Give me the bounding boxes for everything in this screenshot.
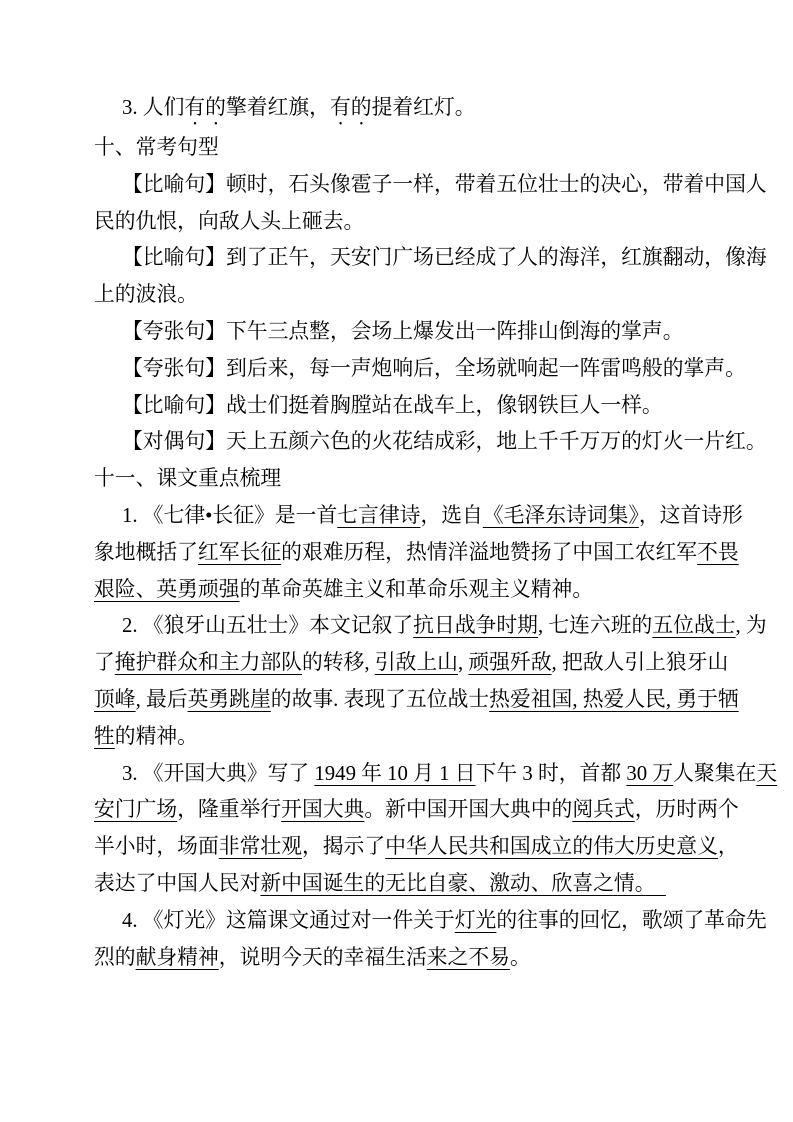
text-line: 3. 《开国大典》写了 1949 年 10 月 1 日下午 3 时，首都 30 …	[94, 756, 753, 793]
underlined-text: 红军长征	[198, 541, 281, 564]
text-line: 2. 《狼牙山五壮士》本文记叙了抗日战争时期, 七连六班的五位战士, 为	[94, 608, 753, 645]
text-run: 3. 人们	[122, 96, 184, 119]
sentence-example-antithesis: 【对偶句】天上五颜六色的火花结成彩，地上千千万万的灯火一片红。	[94, 424, 753, 461]
text-run: 【比喻句】到了正午，天安门广场已经成了人的海洋，红旗翻动，像海	[122, 246, 767, 269]
text-line: 半小时，场面非常壮观，揭示了中华人民共和国成立的伟大历史意义，	[94, 829, 753, 866]
text-run: ，这首诗形	[639, 504, 743, 527]
sentence-example-hyperbole-1: 【夸张句】下午三点整，会场上爆发出一阵排山倒海的掌声。	[94, 314, 753, 351]
underlined-text: 五位战士	[652, 614, 735, 637]
text-run: 民的仇恨，向敌人头上砸去。	[94, 210, 364, 233]
text-line: 顶峰, 最后英勇跳崖的故事. 表现了五位战士热爱祖国, 热爱人民, 勇于牺	[94, 682, 753, 719]
text-run: 【对偶句】天上五颜六色的火花结成彩，地上千千万万的灯火一片红。	[122, 430, 767, 453]
text-line: 【比喻句】战士们挺着胸膛站在战车上，像钢铁巨人一样。	[94, 388, 753, 425]
text-run: 【比喻句】顿时，石头像雹子一样，带着五位壮士的决心，带着中国人	[122, 173, 767, 196]
lesson-summary-2-langyashan: 2. 《狼牙山五壮士》本文记叙了抗日战争时期, 七连六班的五位战士, 为了掩护群…	[94, 608, 753, 755]
emphasis-dot-text: 有的	[330, 96, 372, 119]
text-run: ，揭示了	[302, 835, 385, 858]
text-line: 上的波浪。	[94, 277, 753, 314]
text-run: 表达了中国人民对	[94, 872, 260, 895]
text-run: 2. 《狼牙山五壮士》本文记叙了	[122, 614, 413, 637]
lesson-summary-3-kaiguo-dadian: 3. 《开国大典》写了 1949 年 10 月 1 日下午 3 时，首都 30 …	[94, 756, 753, 903]
text-run: 提着红灯。	[372, 96, 476, 119]
document-content: 3. 人们有的擎着红旗，有的提着红灯。十、常考句型【比喻句】顿时，石头像雹子一样…	[94, 90, 753, 976]
text-line: 了掩护群众和主力部队的转移, 引敌上山, 顽强歼敌, 把敌人引上狼牙山	[94, 645, 753, 682]
text-run: 。	[510, 946, 531, 969]
sentence-example-simile-2: 【比喻句】到了正午，天安门广场已经成了人的海洋，红旗翻动，像海上的波浪。	[94, 240, 753, 314]
lesson-summary-1-qilu-changzheng: 1. 《七律•长征》是一首七言律诗，选自《毛泽东诗词集》，这首诗形象地概括了红军…	[94, 498, 753, 608]
text-run: 的转移,	[302, 651, 375, 674]
text-run: 的故事. 表现了五位战士	[271, 688, 489, 711]
text-run: 十、常考句型	[94, 136, 219, 159]
text-run: 擎着红旗，	[226, 96, 330, 119]
underlined-text: 非常壮观	[219, 835, 302, 858]
section-heading-11: 十一、课文重点梳理	[94, 461, 753, 498]
text-line: 象地概括了红军长征的艰难历程，热情洋溢地赞扬了中国工农红军不畏	[94, 535, 753, 572]
text-line: 烈的献身精神，说明今天的幸福生活来之不易。	[94, 940, 753, 977]
underlined-text: 中华人民共和国成立的伟大历史意义	[385, 835, 718, 858]
text-run: , 为	[736, 614, 767, 637]
text-run: , 最后	[136, 688, 188, 711]
text-run: 的往事的回忆，歌颂了革命先	[496, 909, 766, 932]
text-run: 的艰难历程，热情洋溢地赞扬了中国工农红军	[281, 541, 697, 564]
text-run: , 七连六班的	[538, 614, 652, 637]
underlined-text: 七言律诗	[337, 504, 420, 527]
text-run: 4. 《灯光》这篇课文通过对一件关于	[122, 909, 455, 932]
document-page: 3. 人们有的擎着红旗，有的提着红灯。十、常考句型【比喻句】顿时，石头像雹子一样…	[0, 0, 793, 1122]
text-run: 【夸张句】下午三点整，会场上爆发出一阵排山倒海的掌声。	[122, 320, 684, 343]
text-line: 1. 《七律•长征》是一首七言律诗，选自《毛泽东诗词集》，这首诗形	[94, 498, 753, 535]
underlined-text: 天	[756, 762, 777, 785]
underlined-text: 开国大典	[281, 798, 364, 821]
text-run: 象地概括了	[94, 541, 198, 564]
text-run: ，说明今天的幸福生活	[219, 946, 427, 969]
text-line: 3. 人们有的擎着红旗，有的提着红灯。	[94, 90, 753, 130]
underlined-text: 30 万	[626, 762, 673, 785]
text-line: 表达了中国人民对新中国诞生的无比自豪、激动、欣喜之情。	[94, 866, 753, 903]
text-line: 民的仇恨，向敌人头上砸去。	[94, 204, 753, 241]
text-run: 。新中国开国大典中的	[364, 798, 572, 821]
underlined-text: 新中国诞生的无比自豪、激动、欣喜之情。	[260, 872, 645, 895]
text-run: 上的波浪。	[94, 283, 198, 306]
text-run: 半小时，场面	[94, 835, 219, 858]
text-run: ，历时两个	[635, 798, 739, 821]
underlined-text: 献身精神	[136, 946, 219, 969]
underlined-text: 艰险、英勇顽强	[94, 578, 240, 601]
underlined-text	[645, 872, 666, 895]
underlined-text: 《毛泽东诗词集》	[483, 504, 639, 527]
text-run: 了	[94, 651, 115, 674]
text-line: 4. 《灯光》这篇课文通过对一件关于灯光的往事的回忆，歌颂了革命先	[94, 903, 753, 940]
text-line: 艰险、英勇顽强的革命英雄主义和革命乐观主义精神。	[94, 572, 753, 609]
underlined-text: 安门广场	[94, 798, 177, 821]
text-line: 【夸张句】下午三点整，会场上爆发出一阵排山倒海的掌声。	[94, 314, 753, 351]
text-run: 的精神。	[115, 725, 198, 748]
underlined-text: 顶峰	[94, 688, 136, 711]
underlined-text: 不畏	[697, 541, 739, 564]
underlined-text: 牲	[94, 725, 115, 748]
text-line: 【对偶句】天上五颜六色的火花结成彩，地上千千万万的灯火一片红。	[94, 424, 753, 461]
underlined-text: 掩护群众和主力部队	[115, 651, 302, 674]
underlined-text: 灯光	[455, 909, 497, 932]
text-line: 【夸张句】到后来，每一声炮响后，全场就响起一阵雷鸣般的掌声。	[94, 351, 753, 388]
underlined-text: 英勇跳崖	[188, 688, 271, 711]
text-line: 安门广场，隆重举行开国大典。新中国开国大典中的阅兵式，历时两个	[94, 792, 753, 829]
underlined-text: 阅兵式	[572, 798, 634, 821]
text-run: 下午 3 时，首都	[476, 762, 627, 785]
numbered-item-3-emphasis-sentence: 3. 人们有的擎着红旗，有的提着红灯。	[94, 90, 753, 130]
text-line: 【比喻句】到了正午，天安门广场已经成了人的海洋，红旗翻动，像海	[94, 240, 753, 277]
underlined-text: 1949 年 10 月 1 日	[314, 762, 475, 785]
text-line: 牲的精神。	[94, 719, 753, 756]
sentence-example-simile-3: 【比喻句】战士们挺着胸膛站在战车上，像钢铁巨人一样。	[94, 388, 753, 425]
underlined-text: 来之不易	[427, 946, 510, 969]
text-run: ，选自	[420, 504, 482, 527]
underlined-text: 热爱祖国, 热爱人民, 勇于牺	[489, 688, 739, 711]
text-run: 3. 《开国大典》写了	[122, 762, 314, 785]
sentence-example-hyperbole-2: 【夸张句】到后来，每一声炮响后，全场就响起一阵雷鸣般的掌声。	[94, 351, 753, 388]
text-run: ,	[458, 651, 468, 674]
text-run: 的革命英雄主义和革命乐观主义精神。	[240, 578, 594, 601]
text-run: ，隆重举行	[177, 798, 281, 821]
underlined-text: 顽强歼敌	[468, 651, 551, 674]
text-run: 烈的	[94, 946, 136, 969]
text-line: 【比喻句】顿时，石头像雹子一样，带着五位壮士的决心，带着中国人	[94, 167, 753, 204]
text-run: ，	[718, 835, 739, 858]
text-run: 十一、课文重点梳理	[94, 467, 281, 490]
text-run: 1. 《七律•长征》是一首	[122, 504, 337, 527]
text-run: , 把敌人引上狼牙山	[552, 651, 729, 674]
underlined-text: 引敌上山	[375, 651, 458, 674]
text-run: 【比喻句】战士们挺着胸膛站在战车上，像钢铁巨人一样。	[122, 394, 663, 417]
text-run: 人聚集在	[673, 762, 756, 785]
text-run: 【夸张句】到后来，每一声炮响后，全场就响起一阵雷鸣般的掌声。	[122, 357, 746, 380]
underlined-text: 抗日战争时期	[413, 614, 538, 637]
text-line: 十一、课文重点梳理	[94, 461, 753, 498]
sentence-example-simile-1: 【比喻句】顿时，石头像雹子一样，带着五位壮士的决心，带着中国人民的仇恨，向敌人头…	[94, 167, 753, 241]
text-line: 十、常考句型	[94, 130, 753, 167]
section-heading-10: 十、常考句型	[94, 130, 753, 167]
lesson-summary-4-dengguang: 4. 《灯光》这篇课文通过对一件关于灯光的往事的回忆，歌颂了革命先烈的献身精神，…	[94, 903, 753, 977]
emphasis-dot-text: 有的	[184, 96, 226, 119]
